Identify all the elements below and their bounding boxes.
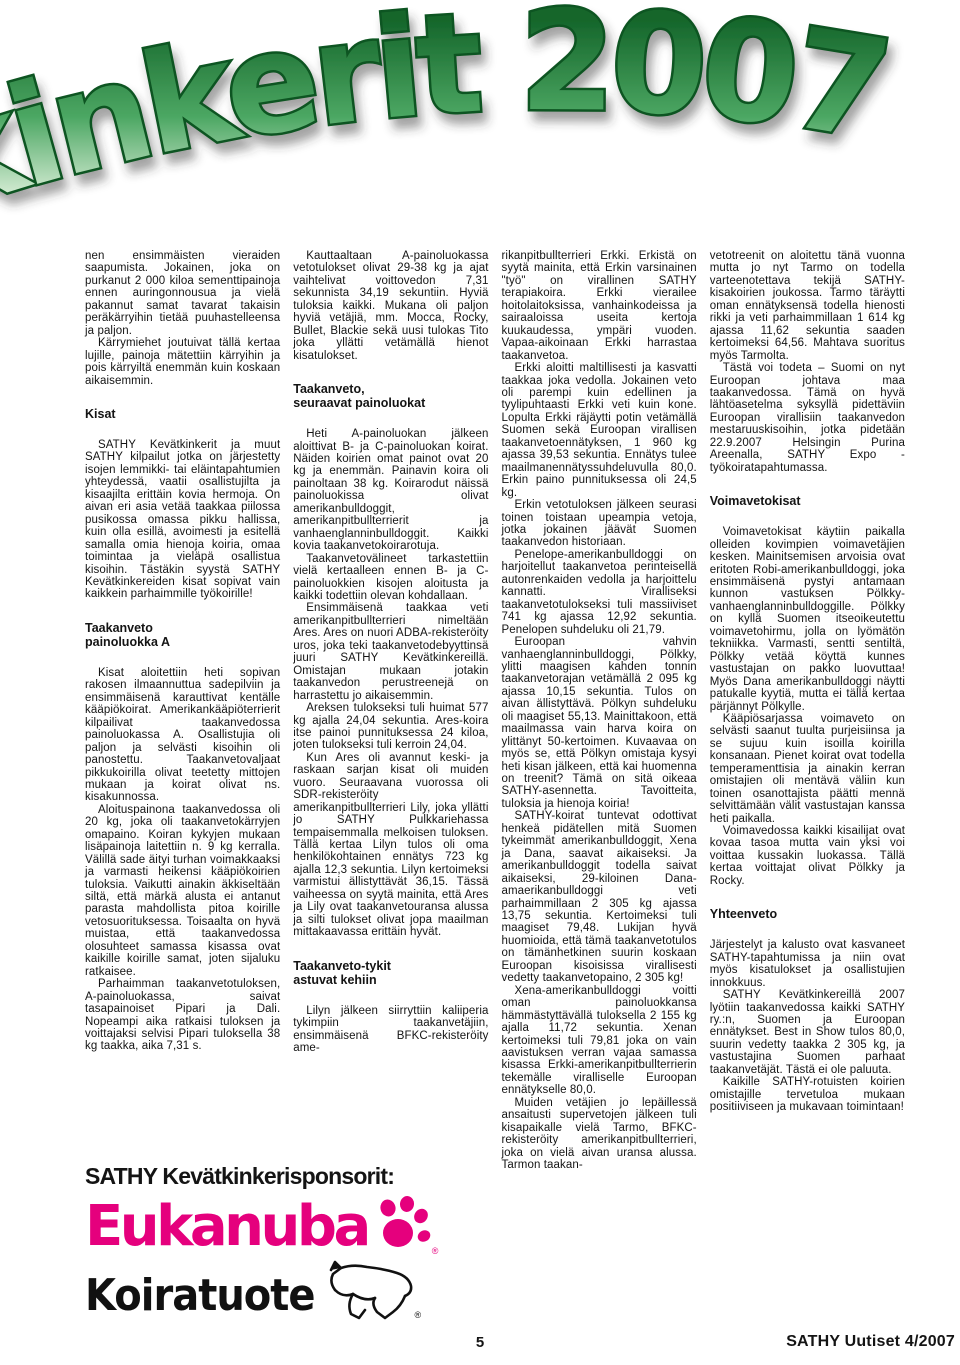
paragraph: Xena-amerikanbulldoggi voitti oman paino…: [502, 985, 697, 1097]
section-heading-tykit: Taakanveto-tykit astuvat kehiin: [293, 959, 488, 987]
koiratuote-wordmark: Koiratuote: [85, 1271, 315, 1321]
paragraph: SATHY-koirat tuntevat odottivat henkeä p…: [502, 810, 697, 984]
paragraph: vetotreenit on aloitettu tänä vuonna mut…: [710, 250, 905, 362]
paragraph: Voimavedossa kaikki kisailijat ovat kova…: [710, 825, 905, 887]
page-number: 5: [476, 1334, 484, 1351]
sponsors-section: SATHY Kevätkinkerisponsorit: Eukanuba ® …: [85, 1163, 445, 1338]
paragraph: SATHY Kevätkinkereillä 2007 lyötiin taak…: [710, 989, 905, 1076]
paragraph: Ensimmäisenä taakkaa veti amerikanpitbul…: [293, 602, 488, 702]
newsletter-page: kinkerit 2007 nen ensimmäisten vieraiden…: [0, 0, 960, 1365]
paragraph: Kaikille SATHY-rotuisten koirien omistaj…: [710, 1076, 905, 1113]
paragraph: Euroopan vahvin vanhaenglanninbulldoggi,…: [502, 636, 697, 810]
paragraph: Erkin vetotuloksen jälkeen seurasi toine…: [502, 499, 697, 549]
paragraph: Kärrymiehet joutuivat tällä kertaa lujil…: [85, 337, 280, 387]
paragraph: Kisat aloitettiin heti sopivan rakosen i…: [85, 667, 280, 804]
paw-icon: [374, 1196, 432, 1254]
column-4: vetotreenit on aloitettu tänä vuonna mut…: [710, 250, 905, 1172]
paragraph: rikanpitbullterrieri Erkki. Erkistä on s…: [502, 250, 697, 362]
registered-trademark-icon: ®: [432, 1246, 439, 1256]
paragraph: Muiden vetäjien jo lepäillessä ansaitust…: [502, 1097, 697, 1172]
article-columns: nen ensimmäisten vieraiden saapumista. J…: [85, 250, 905, 1172]
column-2: Kauttaaltaan A-painoluokassa vetotulokse…: [293, 250, 488, 1172]
paragraph: Järjestelyt ja kalusto ovat kasvaneet SA…: [710, 939, 905, 989]
paragraph: Erkki aloitti maltillisesti ja kasvatti …: [502, 362, 697, 499]
issue-label: SATHY Uutiset 4/2007: [786, 1333, 955, 1351]
section-heading-seuraavat-painoluokat: Taakanveto, seuraavat painoluokat: [293, 382, 488, 410]
section-heading-kisat: Kisat: [85, 407, 280, 421]
eukanuba-wordmark: Eukanuba: [85, 1200, 368, 1254]
column-1: nen ensimmäisten vieraiden saapumista. J…: [85, 250, 280, 1172]
paragraph: Areksen tulokseksi tuli huimat 577 kg aj…: [293, 702, 488, 752]
svg-text:kinkerit 2007: kinkerit 2007: [0, 0, 894, 243]
paragraph: Kun Ares oli avannut keski- ja raskaan s…: [293, 752, 488, 939]
paragraph: Lilyn jälkeen siirryttiin kaliiperia tyk…: [293, 1005, 488, 1055]
paragraph: nen ensimmäisten vieraiden saapumista. J…: [85, 250, 280, 337]
sponsors-heading: SATHY Kevätkinkerisponsorit:: [85, 1163, 445, 1190]
kinkerit-logo-art: kinkerit 2007: [0, 0, 960, 250]
paragraph: Heti A-painoluokan jälkeen aloittivat B-…: [293, 428, 488, 553]
section-heading-voimavetokisat: Voimavetokisat: [710, 494, 905, 508]
paragraph: SATHY Kevätkinkerit ja muut SATHY kilpai…: [85, 439, 280, 601]
dog-line-art-icon: [323, 1260, 415, 1322]
logo-text: kinkerit 2007: [0, 0, 894, 243]
section-heading-taakanveto-a: Taakanveto painoluokka A: [85, 621, 280, 649]
paragraph: Taakanvetovälineet tarkastettiin vielä k…: [293, 553, 488, 603]
eukanuba-logo: Eukanuba ®: [85, 1200, 445, 1262]
registered-trademark-icon: ®: [415, 1310, 422, 1320]
column-3: rikanpitbullterrieri Erkki. Erkistä on s…: [502, 250, 697, 1172]
paragraph: Kääpiösarjassa voimaveto on selvästi saa…: [710, 713, 905, 825]
section-heading-yhteenveto: Yhteenveto: [710, 907, 905, 921]
paragraph: Aloituspainona taakanvedossa oli 20 kg, …: [85, 804, 280, 978]
paragraph: Tästä voi todeta – Suomi on nyt Euroopan…: [710, 362, 905, 474]
kinkerit-2007-logo: kinkerit 2007: [0, 0, 960, 250]
koiratuote-logo: Koiratuote ®: [85, 1270, 445, 1322]
paragraph: Voimavetokisat käytiin paikalla olleiden…: [710, 526, 905, 713]
paragraph: Parhaimman taakanvetotuloksen, A-painolu…: [85, 978, 280, 1053]
paragraph: Kauttaaltaan A-painoluokassa vetotulokse…: [293, 250, 488, 362]
paragraph: Penelope-amerikanbulldoggi on harjoitell…: [502, 549, 697, 636]
